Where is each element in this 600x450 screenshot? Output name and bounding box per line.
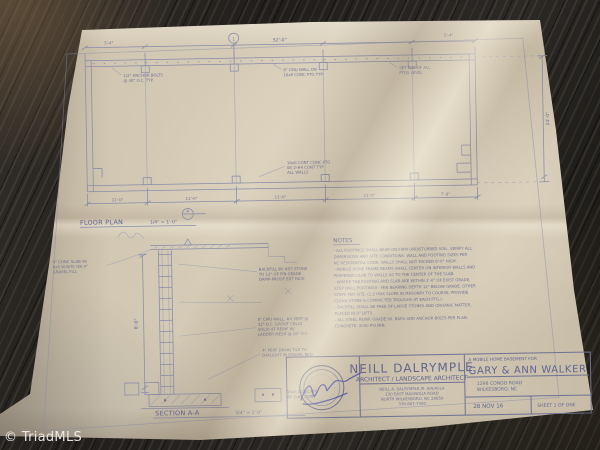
plan-note-footing-level: SET TOP OF ALLFTGS LEVEL — [399, 65, 431, 76]
plan-note-footing-cont: 16x8 CONT CONC FTGW/ 2-#4 CONT TYPALL WA… — [287, 159, 331, 174]
bay-dim: 11'-0" — [186, 196, 198, 201]
notes-title: NOTES — [333, 238, 353, 244]
project-address-1: 1298 CONGO ROAD — [477, 380, 523, 387]
plan-note-wall: 8" CMU WALL ON16x8 CONC FTG TYP — [283, 67, 323, 78]
svg-text:STEPS PER SITE. (1:2 MAX SLOPE: STEPS PER SITE. (1:2 MAX SLOPE IN MASONR… — [334, 290, 469, 297]
bay-dim: 7'-8" — [441, 191, 451, 196]
firm-name: NEILL DALRYMPLE — [349, 360, 474, 376]
section-drawing: 8'-0" 4" CONC SLAB W/6x6 W.W.M. ON 4"GRA… — [52, 229, 318, 420]
plan-dim-left: 5'-4" — [104, 40, 114, 45]
sheet-date: 28 NOV 16 — [473, 403, 504, 410]
bay-dim: 11'-0" — [112, 197, 124, 202]
svg-text:FTGS LEVEL: FTGS LEVEL — [399, 70, 423, 75]
svg-text:LADDER MESH @ 16" O.C.: LADDER MESH @ 16" O.C. — [258, 331, 309, 337]
project-label: A MOBILE HOME BASEMENT FOR — [468, 356, 537, 362]
section-label: SECTION A-A — [155, 409, 200, 418]
svg-text:PLACED IN 8" LIFTS.: PLACED IN 8" LIFTS. — [335, 310, 374, 316]
svg-text:CONCRETE: 3000 PSI MIN.: CONCRETE: 3000 PSI MIN. — [335, 323, 386, 329]
section-cut-letter: A — [186, 208, 189, 213]
svg-text:@ 48" O.C. TYP: @ 48" O.C. TYP — [123, 78, 153, 84]
listing-photo: 52'-0" 5'-4" 5'-4" 1 24'-0" 11'-0" 11'-0… — [0, 0, 600, 450]
elevation-marker — [184, 239, 191, 245]
svg-text:- ALL STEEL REINF: GRADE 60. B: - ALL STEEL REINF: GRADE 60. BARS AND AN… — [335, 315, 468, 322]
project-address-2: WILKESBORO, NC — [477, 386, 517, 393]
bay-dim: 11'-0" — [364, 193, 376, 198]
sheet-number: SHEET 1 OF ONE — [537, 402, 576, 409]
section-note-slab: 4" CONC SLAB W/6x6 W.W.M. ON 4"GRAVEL FI… — [53, 259, 89, 275]
section-note-drain: 4" PERF DRAIN TILE TODAYLIGHT IN GRAVEL … — [262, 347, 313, 358]
firm-address: NEILL A. DALRYMPLE JR. AIA/ASLA230 EAST … — [379, 385, 445, 406]
svg-text:336-667-7300: 336-667-7300 — [398, 401, 426, 406]
svg-text:- BACKFILL SHALL BE FREE OF LA: - BACKFILL SHALL BE FREE OF LARGE STONES… — [334, 302, 471, 309]
title-block: NEILL DALRYMPLE ARCHITECT / LANDSCAPE AR… — [286, 352, 591, 418]
triadmls-watermark: © TriadMLS — [4, 430, 82, 445]
floor-plan-label: FLOOR PLAN — [80, 218, 123, 227]
section-note-backfill: BACKFILL W/ #57 STONETO 12" OF FIN GRADE… — [258, 266, 308, 282]
plan-dim-right: 5'-4" — [444, 32, 454, 37]
plan-overall-width-dim: 52'-0" — [273, 37, 287, 43]
svg-text:16x8 CONC FTG TYP: 16x8 CONC FTG TYP — [283, 72, 323, 78]
plan-grid-marker: 1 — [232, 36, 235, 41]
section-note-wall: 8" CMU WALL, #4 VERT @32" O.C. GROUT CEL… — [258, 316, 309, 337]
plan-overall-depth-dim: 24'-0" — [545, 112, 551, 126]
detail-boxes — [125, 380, 281, 404]
section-scale: 3/4" = 1'-0" — [235, 410, 262, 416]
notes-lines: - ALL FOOTINGS SHALL BEAR ON FIRM UNDIST… — [333, 245, 476, 328]
plan-note-anchor-bolts: 1/2" ANCHOR BOLTS@ 48" O.C. TYP — [123, 72, 163, 83]
svg-text:GRAVEL FILL: GRAVEL FILL — [53, 269, 78, 274]
floor-plan-scale: 1/4" = 1'-0" — [150, 219, 177, 225]
svg-text:ALL WALLS: ALL WALLS — [287, 169, 309, 174]
bay-dim: 11'-0" — [275, 194, 287, 199]
blueprint-ink: 52'-0" 5'-4" 5'-4" 1 24'-0" 11'-0" 11'-0… — [0, 0, 600, 450]
section-height-dim: 8'-0" — [134, 318, 140, 329]
svg-text:DAMP-PROOF EXT FACE: DAMP-PROOF EXT FACE — [259, 276, 305, 282]
notes-block: NOTES - ALL FOOTINGS SHALL BEAR ON FIRM … — [333, 236, 477, 329]
floor-plan-drawing: 52'-0" 5'-4" 5'-4" 1 24'-0" 11'-0" 11'-0… — [77, 28, 553, 228]
